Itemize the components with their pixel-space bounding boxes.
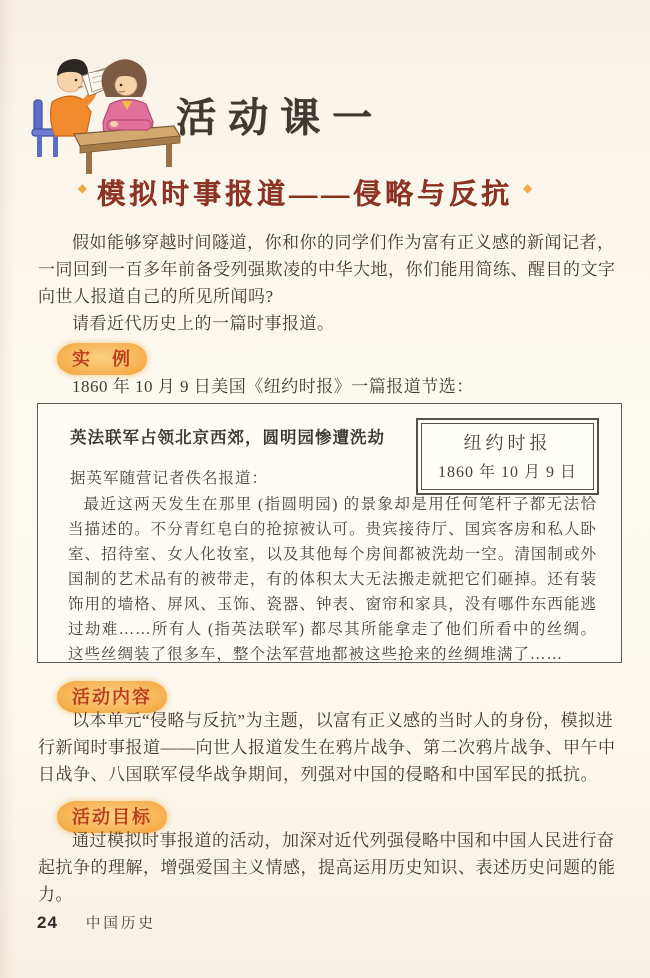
girl-hand xyxy=(110,121,118,127)
page-footer: 24中国历史 xyxy=(37,912,156,933)
report-body: 最近这两天发生在那里 (指圆明园) 的景象却是用任何笔杆子都无法恰当描述的。不分… xyxy=(68,492,597,667)
content-section-text: 以本单元“侵略与反抗”为主题，以富有正义感的当时人的身份，模拟进行新闻时事报道—… xyxy=(38,707,620,788)
intro-paragraph-2: 请看近代历史上的一篇时事报道。 xyxy=(38,310,620,337)
subtitle-row: ◆模拟时事报道——侵略与反抗◆ xyxy=(0,172,610,212)
content-section-body: 以本单元“侵略与反抗”为主题，以富有正义感的当时人的身份，模拟进行新闻时事报道—… xyxy=(38,707,620,788)
example-intro: 1860 年 10 月 9 日美国《纽约时报》一篇报道节选： xyxy=(38,373,620,400)
newspaper-name: 纽约时报 xyxy=(438,429,577,455)
newspaper-source-box: 纽约时报 1860 年 10 月 9 日 xyxy=(416,418,599,495)
goal-section-text: 通过模拟时事报道的活动，加深对近代列强侵略中国和中国人民进行奋起抗争的理解，增强… xyxy=(38,827,620,908)
subtitle-text: 模拟时事报道——侵略与反抗 xyxy=(97,179,513,210)
boy-figure xyxy=(51,59,93,136)
report-byline: 据英军随营记者佚名报道： xyxy=(70,466,421,488)
page-title: 活动课一 xyxy=(176,86,384,143)
intro-paragraph-1: 假如能够穿越时间隧道，你和你的同学们作为富有正义感的新闻记者，一同回到一百多年前… xyxy=(38,229,620,310)
newspaper-date: 1860 年 10 月 9 日 xyxy=(438,459,577,482)
intro-block: 假如能够穿越时间隧道，你和你的同学们作为富有正义感的新闻记者，一同回到一百多年前… xyxy=(38,229,620,337)
students-illustration xyxy=(24,46,184,176)
report-headline: 英法联军占领北京西郊，圆明园惨遭洗劫 xyxy=(70,424,400,448)
example-intro-text: 1860 年 10 月 9 日美国《纽约时报》一篇报道节选： xyxy=(38,373,620,400)
book-title: 中国历史 xyxy=(86,916,156,932)
example-section-label: 实 例 xyxy=(57,343,147,375)
news-report-box: 英法联军占领北京西郊，圆明园惨遭洗劫 纽约时报 1860 年 10 月 9 日 … xyxy=(37,403,622,663)
textbook-page: 活动课一 ◆模拟时事报道——侵略与反抗◆ 假如能够穿越时间隧道，你和你的同学们作… xyxy=(0,0,650,978)
goal-section-body: 通过模拟时事报道的活动，加深对近代列强侵略中国和中国人民进行奋起抗争的理解，增强… xyxy=(38,827,620,908)
desk-icon xyxy=(74,126,180,174)
newspaper-source-inner: 纽约时报 1860 年 10 月 9 日 xyxy=(421,423,594,490)
diamond-icon: ◆ xyxy=(78,181,87,195)
page-number: 24 xyxy=(37,913,58,932)
diamond-icon: ◆ xyxy=(523,181,532,195)
